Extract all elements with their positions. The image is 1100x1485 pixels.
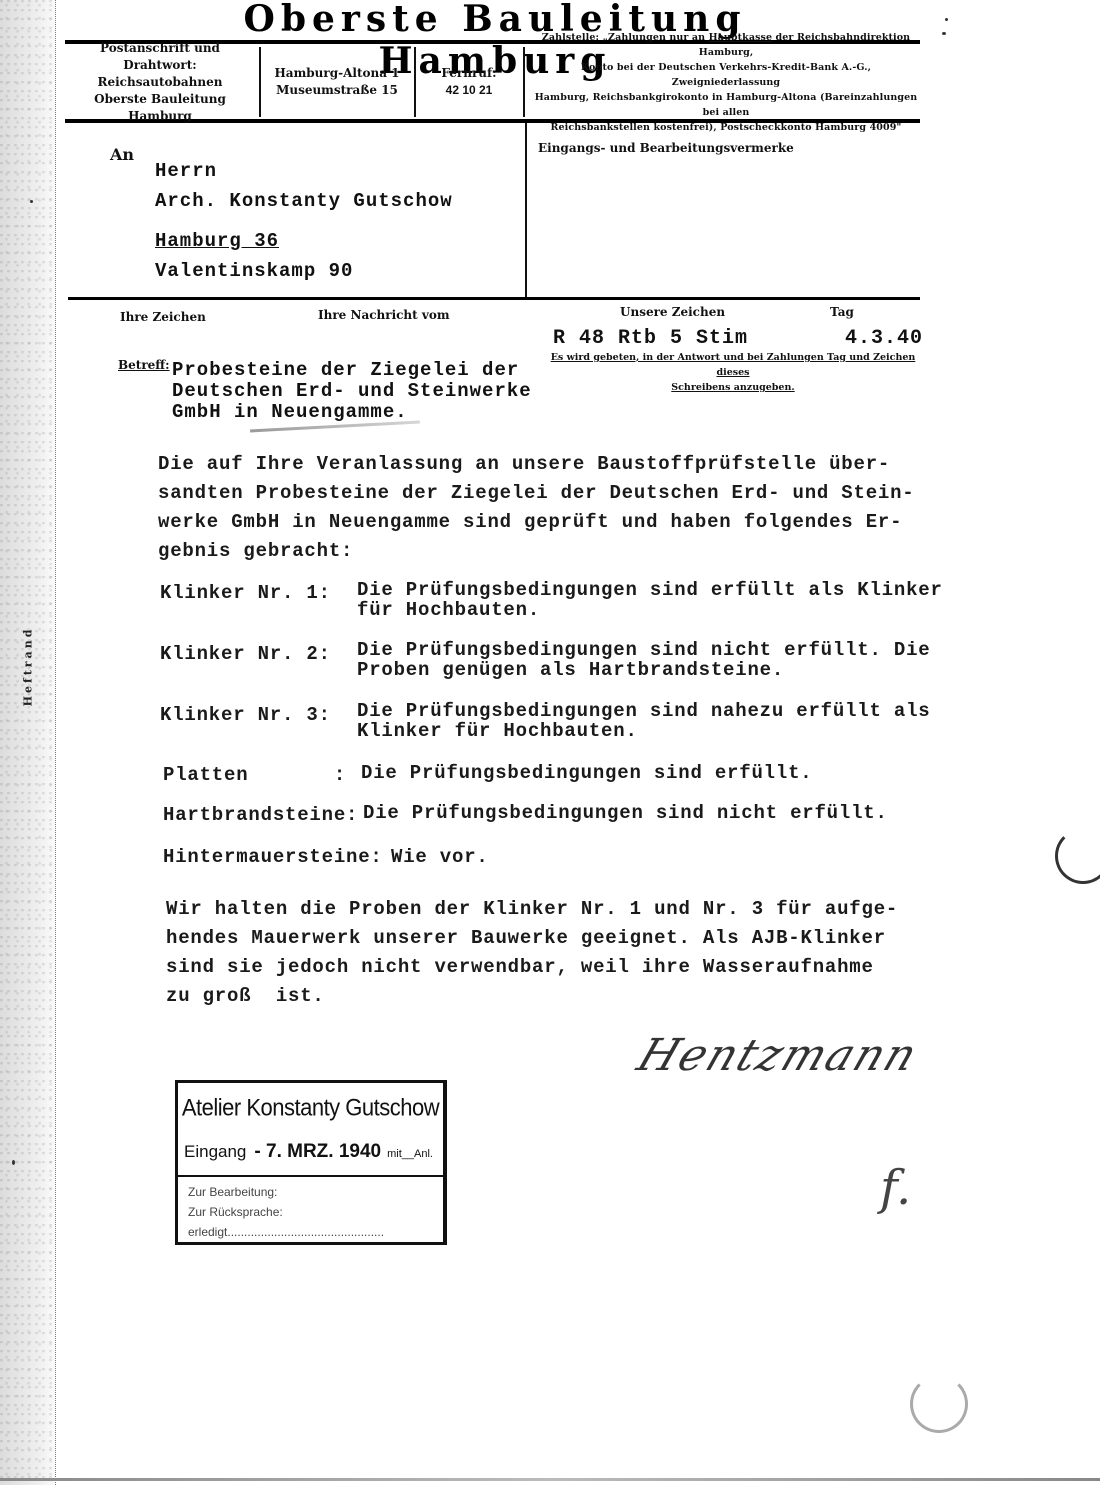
date-label: Tag: [830, 305, 854, 319]
payment-line: Konto bei der Deutschen Verkehrs-Kredit-…: [530, 60, 922, 90]
stamp-divider: [178, 1175, 443, 1177]
phone-number: 42 10 21: [441, 82, 496, 99]
stamp-line: Zur Rücksprache:: [188, 1205, 283, 1219]
result-text: Die Prüfungsbedingungen sind erfüllt.: [361, 762, 812, 784]
recipient-label: An: [110, 145, 134, 164]
result-label: Klinker Nr. 2:: [160, 643, 331, 665]
our-reference: R 48 Rtb 5 Stim: [553, 327, 748, 350]
processing-notes-label: Eingangs- und Bearbeitungsvermerke: [538, 141, 794, 155]
payment-block: Zahlstelle: „Zahlungen nur an Hauptkasse…: [530, 47, 922, 117]
binding-margin-label: Heftrand: [22, 627, 35, 707]
recipient-street: Valentinskamp 90: [155, 260, 353, 282]
address-block: Hamburg-Altona 1 Museumstraße 15: [262, 47, 412, 117]
result-label: Hintermauersteine:: [163, 846, 383, 868]
stamp-line: erledigt................................…: [188, 1225, 384, 1239]
result-label: Hartbrandsteine:: [163, 804, 358, 826]
our-reference-label: Unsere Zeichen: [620, 305, 725, 319]
handwritten-signature: Hentzmann: [631, 1030, 926, 1081]
reference-note-line: Schreibens anzugeben.: [671, 382, 794, 393]
divider: [523, 47, 525, 117]
recipient-salutation: Herrn: [155, 160, 217, 182]
page-bottom-edge: [0, 1478, 1100, 1481]
result-text: Wie vor.: [391, 846, 489, 868]
scan-margin: [0, 0, 55, 1485]
stamp-received: Eingang- 7. MRZ. 1940mit__Anl.: [184, 1141, 433, 1163]
result-text: Die Prüfungsbedingungen sind nicht erfül…: [363, 802, 888, 824]
handwritten-initial: f.: [880, 1160, 911, 1216]
subject-text: Probesteine der Ziegelei der Deutschen E…: [172, 360, 532, 423]
divider: [259, 47, 261, 117]
result-label: Klinker Nr. 1:: [160, 582, 331, 604]
scan-speck: [12, 1160, 15, 1165]
punch-hole: [910, 1375, 968, 1433]
payment-line: Reichsbankstellen kostenfrei), Postschec…: [530, 120, 922, 135]
stamp-title: Atelier Konstanty Gutschow: [178, 1094, 443, 1123]
body-conclusion: Wir halten die Proben der Klinker Nr. 1 …: [166, 895, 898, 1011]
your-message-label: Ihre Nachricht vom: [318, 308, 450, 322]
postal-line: Postanschrift und Drahtwort:: [62, 40, 258, 74]
letter-date: 4.3.40: [845, 327, 923, 350]
result-text: Die Prüfungsbedingungen sind nicht erfül…: [357, 640, 931, 680]
scan-speck: [942, 32, 946, 35]
your-reference-label: Ihre Zeichen: [120, 310, 206, 324]
address-line: Hamburg-Altona 1: [274, 65, 399, 82]
stamp-received-label: Eingang: [184, 1142, 246, 1161]
payment-prefix: Zahlstelle: „Zahlungen nur an: [542, 32, 709, 43]
stamp-line: Zur Bearbeitung:: [188, 1185, 277, 1199]
result-text: Die Prüfungsbedingungen sind erfüllt als…: [357, 580, 943, 620]
reference-note: Es wird gebeten, in der Antwort und bei …: [538, 350, 928, 395]
payment-line: Hamburg, Reichsbankgirokonto in Hamburg-…: [530, 90, 922, 120]
scan-speck: [945, 18, 948, 21]
postal-line: Reichsautobahnen: [62, 74, 258, 91]
scan-speck: [30, 200, 33, 203]
margin-perforation: [55, 0, 56, 1485]
postal-block: Postanschrift und Drahtwort: Reichsautob…: [62, 47, 258, 117]
stamp-date: - 7. MRZ. 1940: [254, 1141, 381, 1162]
phone-block: Fernruf: 42 10 21: [416, 47, 522, 117]
address-window-divider: [525, 123, 527, 298]
result-label: Klinker Nr. 3:: [160, 704, 331, 726]
postal-line: Oberste Bauleitung Hamburg: [62, 91, 258, 125]
result-text: Die Prüfungsbedingungen sind nahezu erfü…: [357, 701, 931, 741]
payment-highlight: Hauptkasse: [709, 32, 773, 43]
result-label: Platten :: [163, 764, 346, 786]
stamp-enclosures: mit__Anl.: [387, 1148, 433, 1160]
phone-label: Fernruf:: [441, 65, 496, 82]
receipt-stamp: Atelier Konstanty Gutschow Eingang- 7. M…: [175, 1080, 447, 1245]
address-line: Museumstraße 15: [274, 82, 399, 99]
recipient-city: Hamburg 36: [155, 230, 279, 252]
body-intro: Die auf Ihre Veranlassung an unsere Baus…: [158, 450, 915, 566]
recipient-name: Arch. Konstanty Gutschow: [155, 190, 453, 212]
reference-rule: [68, 297, 920, 300]
reference-note-line: Es wird gebeten, in der Antwort und bei …: [551, 352, 916, 378]
punch-hole: [1055, 828, 1100, 884]
subject-label: Betreff:: [118, 358, 170, 372]
